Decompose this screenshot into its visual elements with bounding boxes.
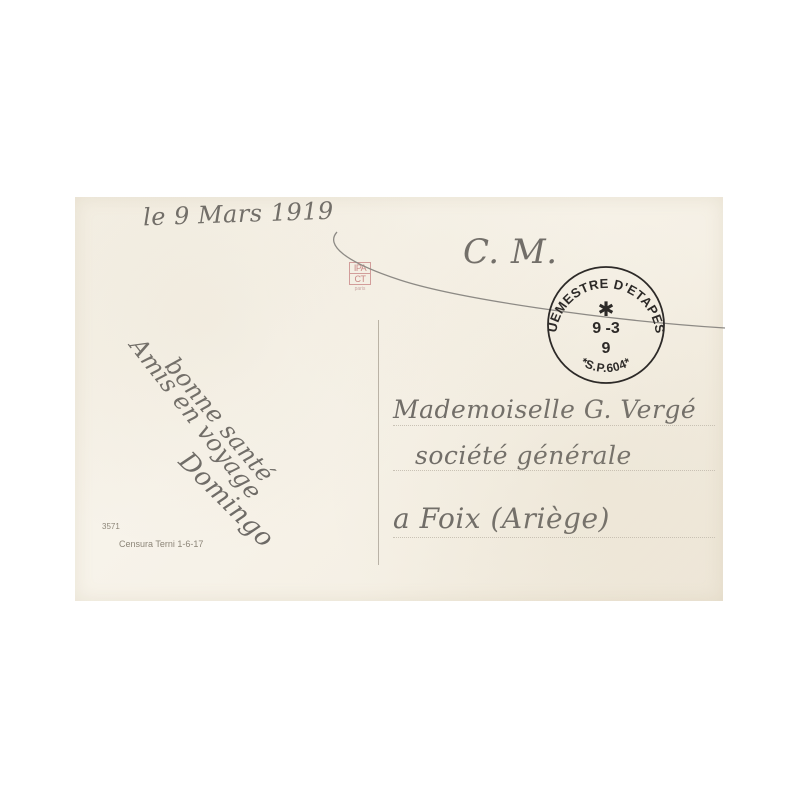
postmark: VAGUEMESTRE D'ETAPES N°2 *S.P.604* ✱ 9 -…	[0, 0, 668, 383]
postmark-overlay: VAGUEMESTRE D'ETAPES N°2 *S.P.604* ✱ 9 -…	[0, 0, 800, 800]
pencil-stroke	[334, 232, 725, 328]
svg-text:✱: ✱	[598, 297, 615, 321]
svg-text:*S.P.604*: *S.P.604*	[578, 355, 633, 376]
svg-text:VAGUEMESTRE D'ETAPES N°2: VAGUEMESTRE D'ETAPES N°2	[0, 0, 668, 338]
svg-text:9 -3: 9 -3	[592, 320, 620, 337]
svg-text:9: 9	[602, 340, 611, 357]
